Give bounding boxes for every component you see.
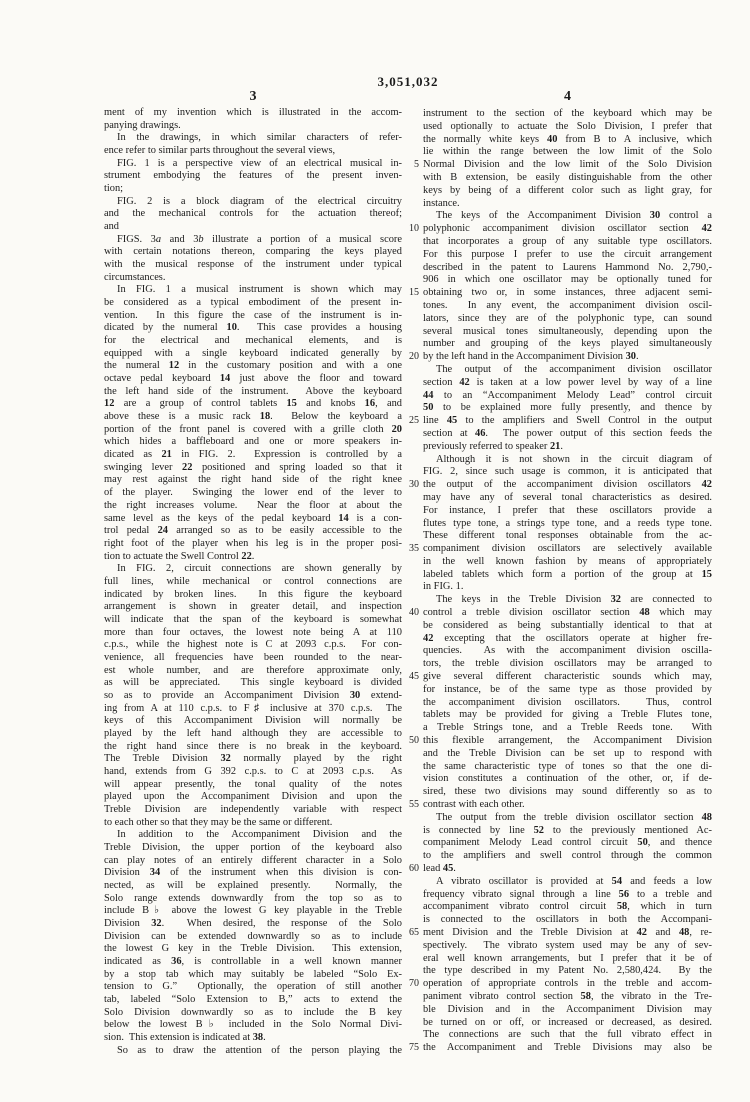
text-line: Division 34 of the instrument when this … xyxy=(104,867,402,880)
text-line: eral well known arrangements, but I pref… xyxy=(423,953,712,966)
text-line: The keys of the Accompaniment Division 3… xyxy=(423,210,712,223)
text-line: in FIG. 1. xyxy=(423,581,712,594)
text-line: FIGS. 3a and 3b illustrate a portion of … xyxy=(104,234,402,247)
text-line: and the mechanical controls for the actu… xyxy=(104,208,402,221)
line-number: 40 xyxy=(397,607,419,619)
text-line: FIG. 2 is a block diagram of the electri… xyxy=(104,196,402,209)
text-line: may rest against the right hand side of … xyxy=(104,474,402,487)
text-line: So as to draw the attention of the perso… xyxy=(104,1045,402,1058)
text-line: ing from A at 110 c.p.s. to F♯ inclusive… xyxy=(104,703,402,716)
text-line: be turned on or off, or increased or dec… xyxy=(423,1017,712,1030)
text-line: In FIG. 2, circuit connections are shown… xyxy=(104,563,402,576)
text-line: nected, as will be explained presently. … xyxy=(104,880,402,893)
text-line: Division can be extended downwardly so a… xyxy=(104,931,402,944)
text-line: be considered as being substantially ide… xyxy=(423,620,712,633)
text-line: the same characteristic type of tones so… xyxy=(423,761,712,774)
text-line: and the Treble Division can be set up to… xyxy=(423,748,712,761)
text-line: full lines, while mechanical or control … xyxy=(104,576,402,589)
text-line: previously referred to speaker 21. xyxy=(423,441,712,454)
text-line: the Accompaniment and Treble Divisions m… xyxy=(423,1042,712,1055)
text-line: arrangement is shown in greater detail, … xyxy=(104,601,402,614)
text-line: number and grouping of the keys played s… xyxy=(423,338,712,351)
text-line: section 42 is taken at a low power level… xyxy=(423,377,712,390)
text-line: octave pedal keyboard 14 just above the … xyxy=(104,373,402,386)
text-line: vention. In this figure the case of the … xyxy=(104,310,402,323)
text-line: instrument to the section of the keyboar… xyxy=(423,108,712,121)
text-line: of the player. Swinging the lower end of… xyxy=(104,487,402,500)
line-number: 60 xyxy=(397,863,419,875)
text-line: Solo Division downwardly so as to includ… xyxy=(104,1007,402,1020)
text-line: dicated as 21 in FIG. 2. Expression is c… xyxy=(104,449,402,462)
text-line: 906 in which one oscillator may be optio… xyxy=(423,274,712,287)
text-line: the numeral 12 in the customary position… xyxy=(104,360,402,373)
text-line: The Treble Division 32 normally played b… xyxy=(104,753,402,766)
line-number: 30 xyxy=(397,479,419,491)
text-line: paniment vibrato control section 58, the… xyxy=(423,991,712,1004)
text-line: portion of the front panel is covered wi… xyxy=(104,424,402,437)
text-line: by the left hand in the Accompaniment Di… xyxy=(423,351,712,364)
text-line: keys of this Accompaniment Division will… xyxy=(104,715,402,728)
text-line: for the electrical and mechanical elemen… xyxy=(104,335,402,348)
text-line: keys by being of a different color such … xyxy=(423,185,712,198)
text-line: for instance, be of the same type as tho… xyxy=(423,684,712,697)
text-line: played upon the Accompaniment Division a… xyxy=(104,791,402,804)
text-line: In addition to the Accompaniment Divisio… xyxy=(104,829,402,842)
text-line: quencies. As with the accompaniment divi… xyxy=(423,645,712,658)
text-line: so as to provide an Accompaniment Divisi… xyxy=(104,690,402,703)
text-line: several musical tones simultaneously, de… xyxy=(423,326,712,339)
text-line: control a treble division oscillator sec… xyxy=(423,607,712,620)
text-line: In FIG. 1 a musical instrument is shown … xyxy=(104,284,402,297)
text-line: dicated by the numeral 10. This case pro… xyxy=(104,322,402,335)
text-line: described in the patent to Laurens Hammo… xyxy=(423,262,712,275)
text-line: tab, labeled “Solo Extension to B,” acts… xyxy=(104,994,402,1007)
text-line: line 45 to the amplifiers and Swell Cont… xyxy=(423,415,712,428)
text-line: venience, all frequencies have been roun… xyxy=(104,652,402,665)
text-line: the left hand side of the instrument. Ab… xyxy=(104,386,402,399)
text-line: c.p.s., while the highest note is C at 2… xyxy=(104,639,402,652)
line-number: 5 xyxy=(397,159,419,171)
text-line: to each other so that they may be the sa… xyxy=(104,817,402,830)
column-number-right: 4 xyxy=(423,89,712,105)
text-line: give several different characteristic so… xyxy=(423,671,712,684)
line-number: 15 xyxy=(397,287,419,299)
text-line: panying drawings. xyxy=(104,120,402,133)
text-line: the type described in my Patent No. 2,58… xyxy=(423,965,712,978)
text-line: more than four octaves, the lowest note … xyxy=(104,627,402,640)
text-line: is connected by line 52 to the previousl… xyxy=(423,825,712,838)
text-line: vision constitutes a continuation of the… xyxy=(423,773,712,786)
text-line: right foot of the player when his leg is… xyxy=(104,538,402,551)
text-line: circumstances. xyxy=(104,272,402,285)
text-line: tension to G.” Optionally, the operation… xyxy=(104,981,402,994)
right-text-column: instrument to the section of the keyboar… xyxy=(423,108,712,1055)
text-line: above these is a music rack 18. Below th… xyxy=(104,411,402,424)
text-line: played by the left hand although they ar… xyxy=(104,728,402,741)
text-line: may have any of several tonal characteri… xyxy=(423,492,712,505)
column-number-left: 3 xyxy=(104,89,402,105)
text-line: polyphonic accompaniment division oscill… xyxy=(423,223,712,236)
text-line: swinging lever 22 positioned and spring … xyxy=(104,462,402,475)
text-line: ment of my invention which is illustrate… xyxy=(104,107,402,120)
text-line: 42 excepting that the oscillators operat… xyxy=(423,633,712,646)
text-line: Treble Division, the upper portion of th… xyxy=(104,842,402,855)
text-line: sired, these two divisions may sound dif… xyxy=(423,786,712,799)
text-line: ble Division and in the Accompaniment Di… xyxy=(423,1004,712,1017)
text-line: 12 are a group of control tablets 15 and… xyxy=(104,398,402,411)
text-line: labeled tablets which form a portion of … xyxy=(423,569,712,582)
line-number: 45 xyxy=(397,671,419,683)
text-line: can play notes of an entirely different … xyxy=(104,855,402,868)
text-line: indicated by broken lines. In this figur… xyxy=(104,589,402,602)
text-line: obtaining two or, in some instances, thr… xyxy=(423,287,712,300)
text-line: FIG. 1 is a perspective view of an elect… xyxy=(104,158,402,171)
text-line: used optionally to actuate the Solo Divi… xyxy=(423,121,712,134)
text-line: as will be appreciated. This single keyb… xyxy=(104,677,402,690)
text-line: The output of the accompaniment division… xyxy=(423,364,712,377)
text-line: For instance, I prefer that these oscill… xyxy=(423,505,712,518)
text-line: Division 32. When desired, the response … xyxy=(104,918,402,931)
text-line: and xyxy=(104,221,402,234)
text-line: A vibrato oscillator is provided at 54 a… xyxy=(423,876,712,889)
patent-number: 3,051,032 xyxy=(104,74,712,90)
text-line: indicated as 36, is controllable in a we… xyxy=(104,956,402,969)
line-number: 50 xyxy=(397,735,419,747)
line-number: 25 xyxy=(397,415,419,427)
text-line: operation of appropriate controls in the… xyxy=(423,978,712,991)
text-line: the lowest G key in the Treble Division.… xyxy=(104,943,402,956)
text-line: The output from the treble division osci… xyxy=(423,812,712,825)
text-line: this flexible arrangement, the Accompani… xyxy=(423,735,712,748)
line-number: 10 xyxy=(397,223,419,235)
text-line: Normal Division and the low limit of the… xyxy=(423,159,712,172)
text-line: is connected to the oscillators in both … xyxy=(423,914,712,927)
text-line: companiment Melody Lead control circuit … xyxy=(423,837,712,850)
text-line: equipped with a single keyboard indicate… xyxy=(104,348,402,361)
text-line: frequency vibrato signal through a line … xyxy=(423,889,712,902)
text-line: lators, since they are of the polyphonic… xyxy=(423,313,712,326)
text-line: a Treble Strings tone, and a Treble Reed… xyxy=(423,722,712,735)
left-text-column: ment of my invention which is illustrate… xyxy=(104,107,402,1057)
text-line: The keys in the Treble Division 32 are c… xyxy=(423,594,712,607)
text-line: flutes type tone, a strings type tone, a… xyxy=(423,518,712,531)
line-number: 55 xyxy=(397,799,419,811)
text-line: which hides a baffleboard and one or mor… xyxy=(104,436,402,449)
text-line: below the lowest B♭ included in the Solo… xyxy=(104,1019,402,1032)
line-number: 20 xyxy=(397,351,419,363)
text-line: be considered as a typical embodiment of… xyxy=(104,297,402,310)
line-number: 75 xyxy=(397,1042,419,1054)
text-line: 50 to be explained more fully presently,… xyxy=(423,402,712,415)
text-line: FIG. 2, since such usage is common, it i… xyxy=(423,466,712,479)
text-line: hand, extends from G 392 c.p.s. to C at … xyxy=(104,766,402,779)
text-line: The connections are such that the full v… xyxy=(423,1029,712,1042)
text-line: the right hand since there is no break i… xyxy=(104,741,402,754)
line-number: 35 xyxy=(397,543,419,555)
text-line: lie within the range between the low lim… xyxy=(423,146,712,159)
text-line: tors, the treble division oscillators ma… xyxy=(423,658,712,671)
text-line: with certain notations thereon, comparin… xyxy=(104,246,402,259)
text-line: sion. This extension is indicated at 38. xyxy=(104,1032,402,1045)
text-line: in the well known fashion by means of ap… xyxy=(423,556,712,569)
text-line: to the amplifiers and swell control thro… xyxy=(423,850,712,863)
text-line: that incorporates a group of any suitabl… xyxy=(423,236,712,249)
text-line: Solo range extends downwardly from the t… xyxy=(104,893,402,906)
text-line: Treble Division are independently variab… xyxy=(104,804,402,817)
text-line: the accompaniment division oscillators. … xyxy=(423,697,712,710)
text-line: In the drawings, in which similar charac… xyxy=(104,132,402,145)
text-line: 44 to an “Accompaniment Melody Lead” con… xyxy=(423,390,712,403)
text-line: will appear presently, the tonal quality… xyxy=(104,779,402,792)
text-line: contrast with each other. xyxy=(423,799,712,812)
text-line: companiment division oscillators are sel… xyxy=(423,543,712,556)
text-line: include B♭ above the lowest G key playab… xyxy=(104,905,402,918)
text-line: the right increases volume. Near the flo… xyxy=(104,500,402,513)
text-line: ence refer to similar parts throughout t… xyxy=(104,145,402,158)
text-line: tion; xyxy=(104,183,402,196)
text-line: with the musical response of the instrum… xyxy=(104,259,402,272)
patent-page: 3,051,032 3 4 ment of my invention which… xyxy=(0,0,750,1102)
text-line: tion to actuate the Swell Control 22. xyxy=(104,551,402,564)
text-line: same level as the keys of the pedal keyb… xyxy=(104,513,402,526)
line-number: 65 xyxy=(397,927,419,939)
text-line: section at 46. The power output of this … xyxy=(423,428,712,441)
text-line: tablets may be provided for giving a Tre… xyxy=(423,709,712,722)
text-line: strument embodying the features of the p… xyxy=(104,170,402,183)
text-line: the output of the accompaniment division… xyxy=(423,479,712,492)
text-line: For this purpose I prefer to use the cir… xyxy=(423,249,712,262)
text-line: Although it is not shown in the circuit … xyxy=(423,454,712,467)
text-line: will indicate that the span of the keybo… xyxy=(104,614,402,627)
line-number: 70 xyxy=(397,978,419,990)
text-line: with B extension, be easily distinguisha… xyxy=(423,172,712,185)
text-line: lead 45. xyxy=(423,863,712,876)
text-line: est whole number, and are therefore appr… xyxy=(104,665,402,678)
text-line: instance. xyxy=(423,198,712,211)
text-line: spectively. The vibrato system used may … xyxy=(423,940,712,953)
text-line: the normally white keys 40 from B to A i… xyxy=(423,134,712,147)
text-line: These different tonal responses obtainab… xyxy=(423,530,712,543)
text-line: by a stop tab which may suitably be labe… xyxy=(104,969,402,982)
text-line: trol pedal 24 arranged so as to be easil… xyxy=(104,525,402,538)
text-line: ment Division and the Treble Division at… xyxy=(423,927,712,940)
text-line: accompaniment vibrato control circuit 58… xyxy=(423,901,712,914)
text-line: tones. In any event, the accompaniment d… xyxy=(423,300,712,313)
